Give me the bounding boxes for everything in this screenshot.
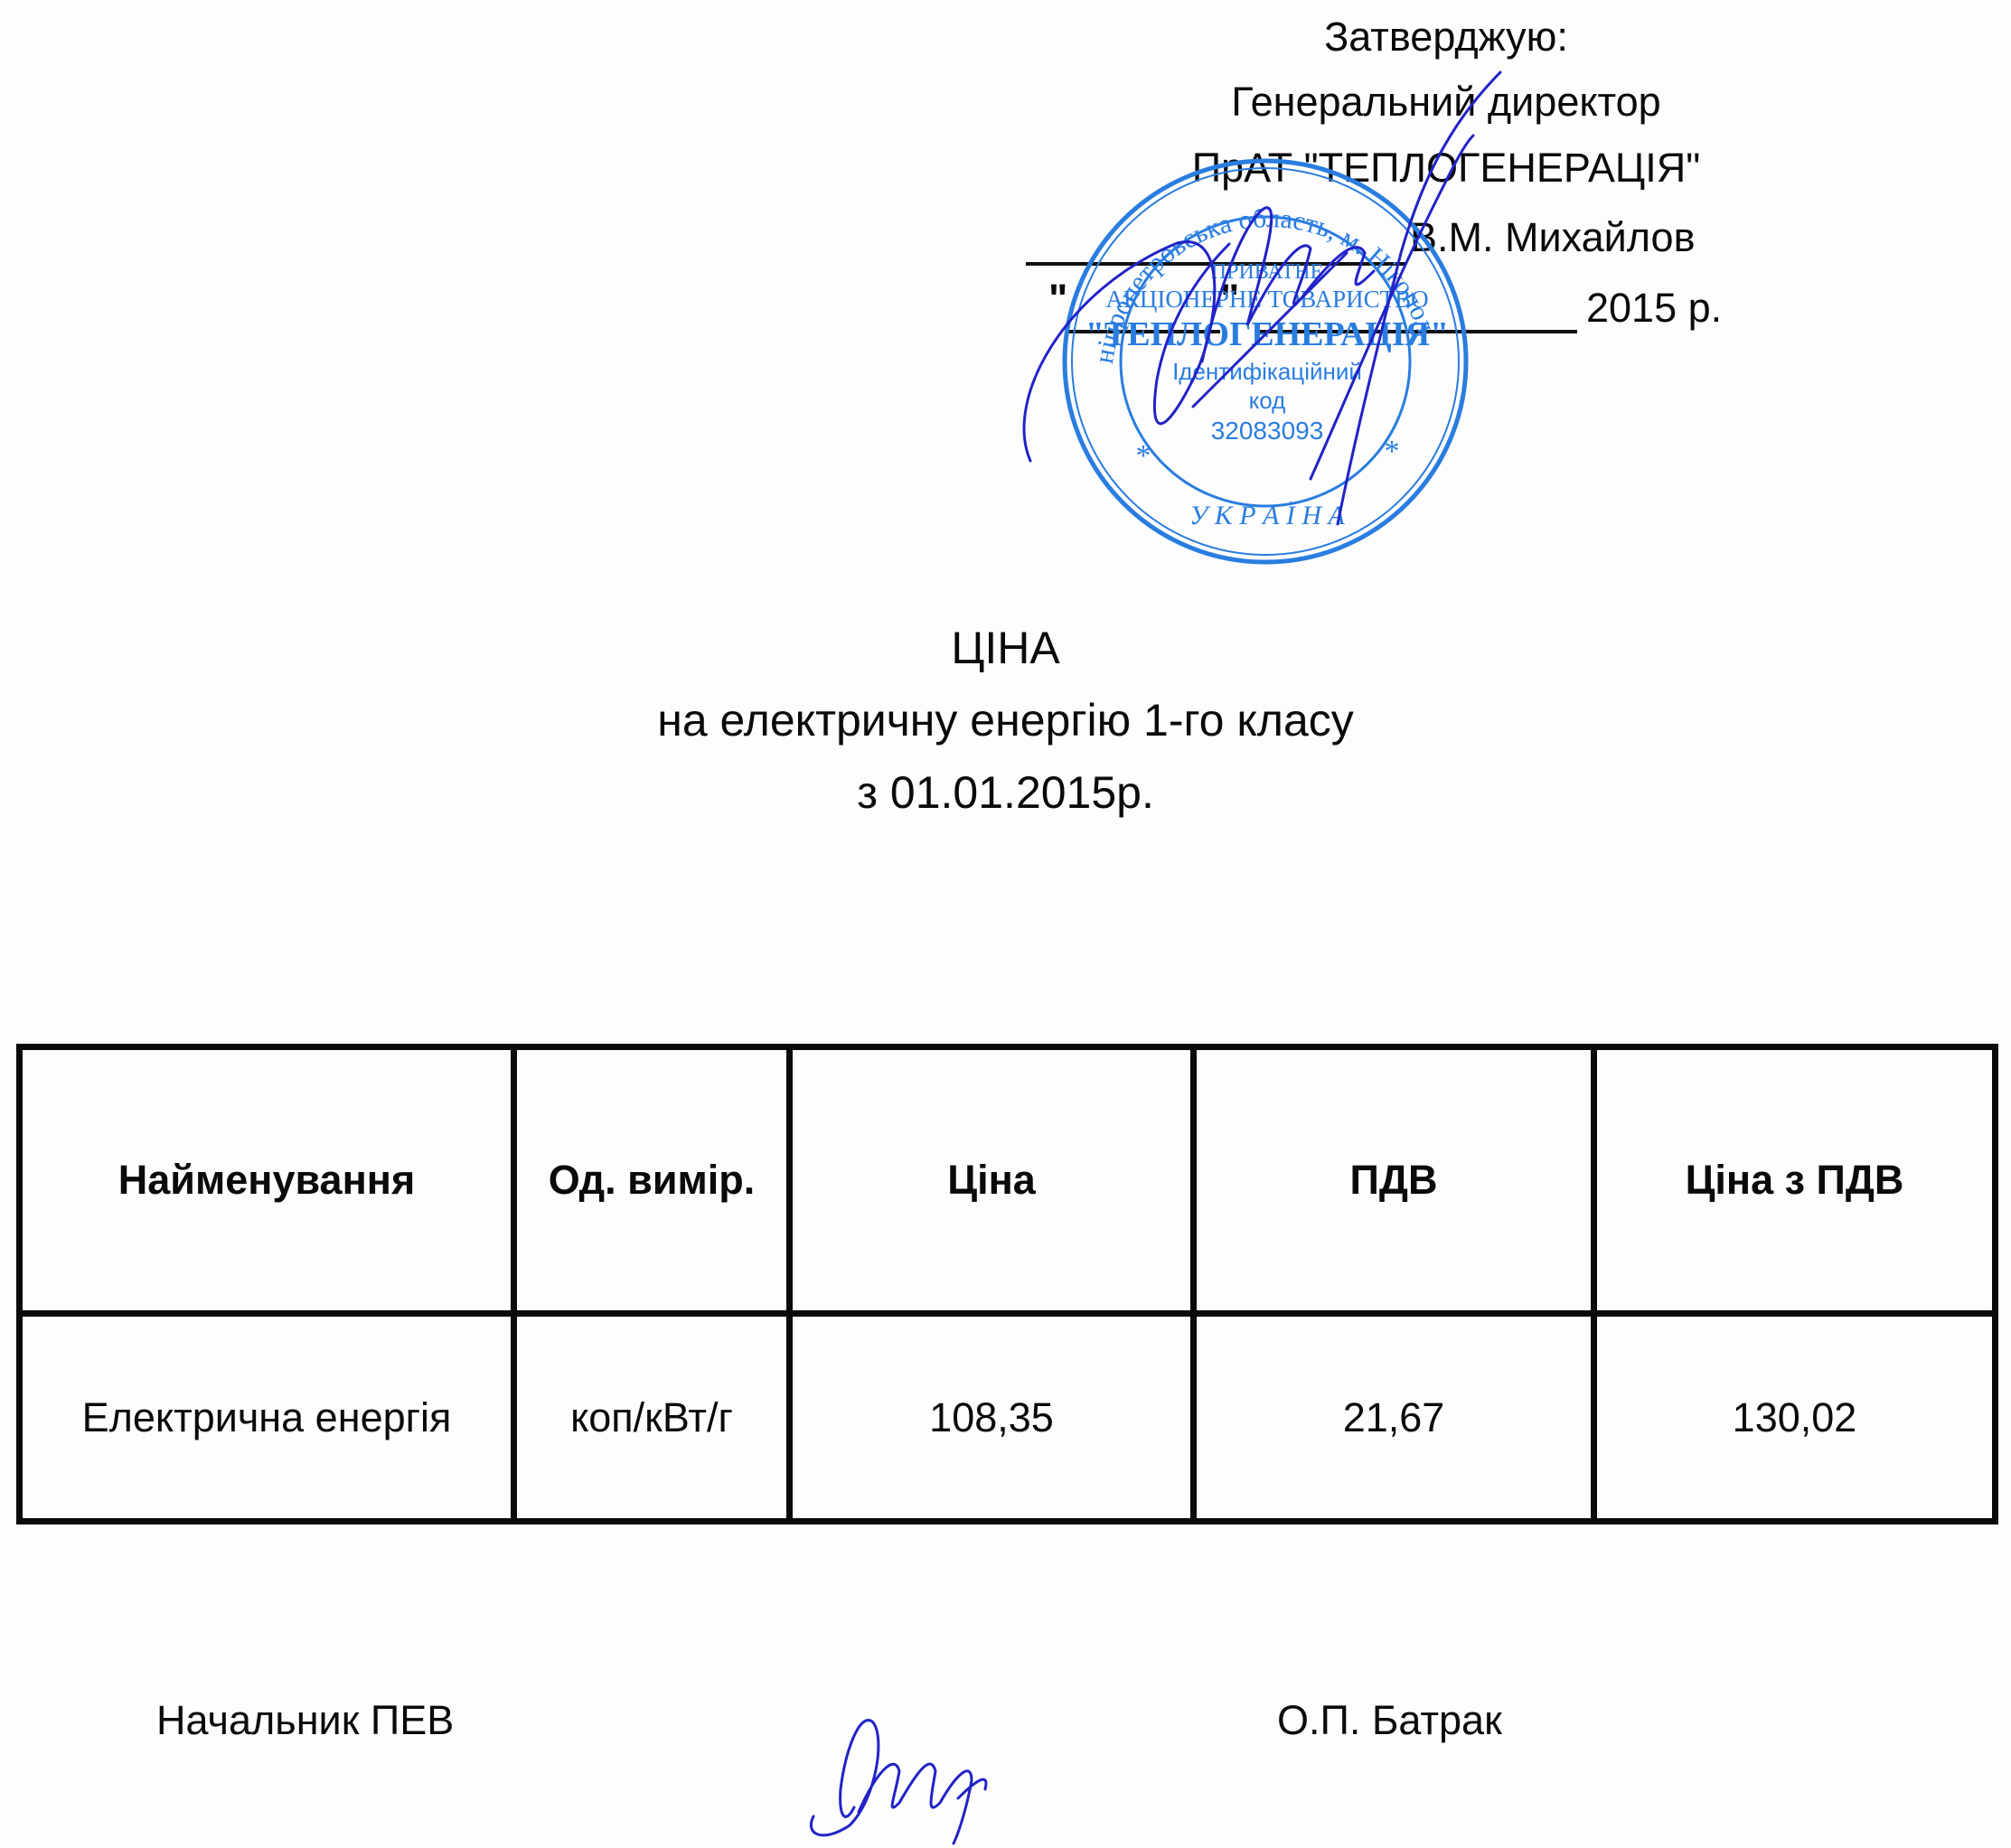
table-row: Електрична енергія коп/кВт/г 108,35 21,6…: [20, 1314, 1996, 1522]
header-name: Найменування: [20, 1047, 514, 1314]
director-signature: [1012, 54, 1518, 524]
approval-label: Затверджую:: [994, 16, 1898, 57]
date-year: 2015 р.: [1586, 285, 1722, 332]
cell-unit: коп/кВт/г: [514, 1314, 790, 1522]
table-header-row: Найменування Од. вимір. Ціна ПДВ Ціна з …: [20, 1047, 1996, 1314]
cell-vat: 21,67: [1194, 1314, 1594, 1522]
header-price: Ціна: [790, 1047, 1194, 1314]
document-effective-date: з 01.01.2015р.: [0, 766, 2011, 819]
price-table: Найменування Од. вимір. Ціна ПДВ Ціна з …: [16, 1044, 1998, 1524]
footer-name: О.П. Батрак: [1277, 1697, 1502, 1744]
document-subtitle: на електричну енергію 1-го класу: [0, 694, 2011, 746]
cell-name: Електрична енергія: [20, 1314, 514, 1522]
footer-position: Начальник ПЕВ: [156, 1697, 454, 1744]
header-price-with-vat: Ціна з ПДВ: [1594, 1047, 1996, 1314]
header-vat: ПДВ: [1194, 1047, 1594, 1314]
head-signature: [795, 1717, 1048, 1843]
header-unit: Од. вимір.: [514, 1047, 790, 1314]
cell-price-with-vat: 130,02: [1594, 1314, 1996, 1522]
cell-price: 108,35: [790, 1314, 1194, 1522]
document-title: ЦІНА: [0, 622, 2011, 674]
